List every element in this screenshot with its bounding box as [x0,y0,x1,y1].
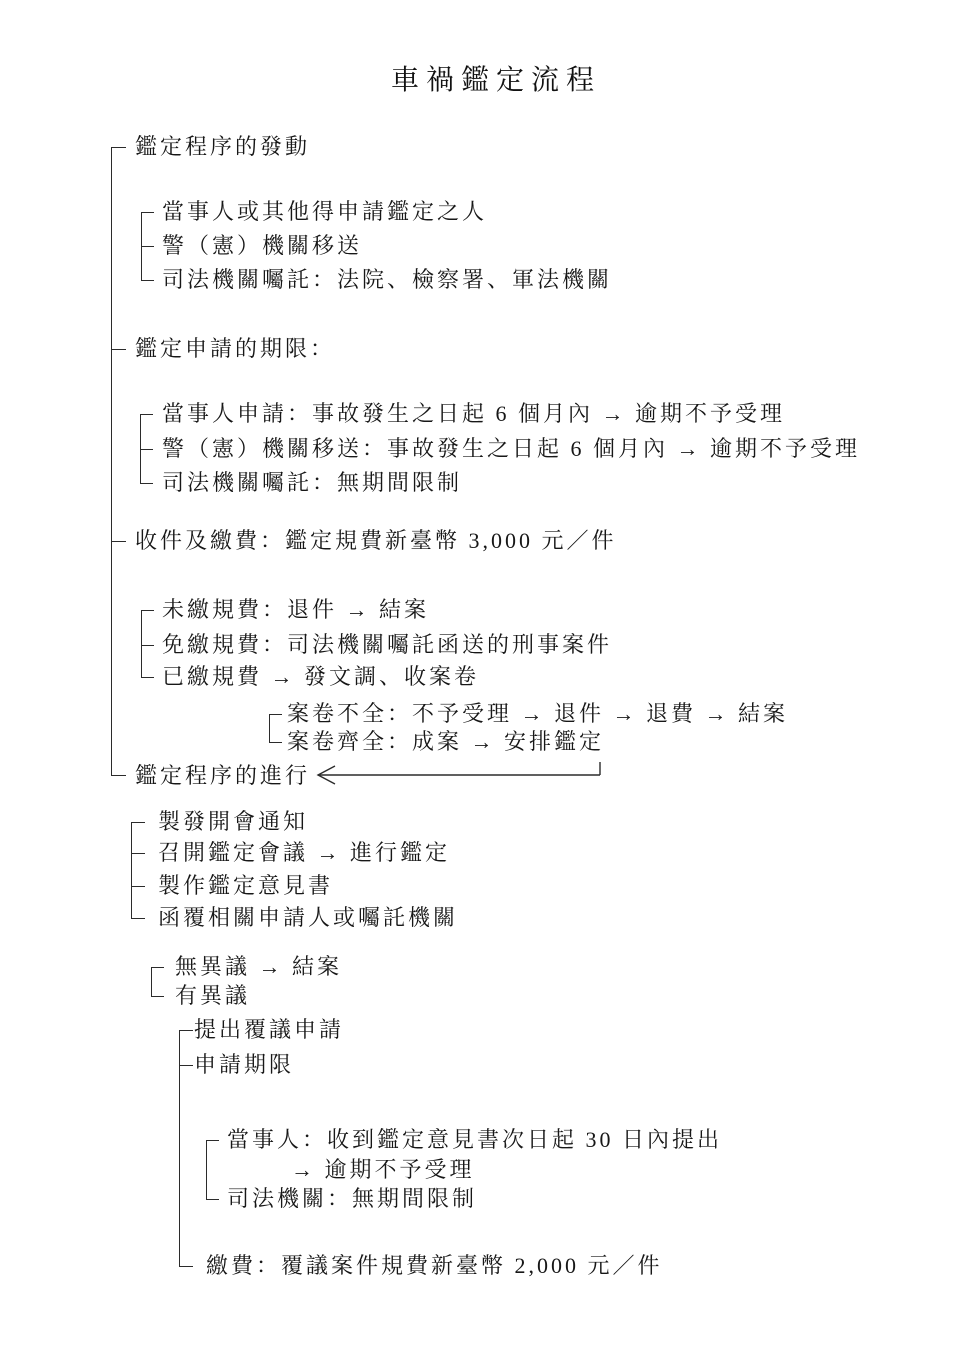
document-page: 車禍鑑定流程 鑑定程序的發動 鑑定申請的期限： 收件及繳費 [0,0,970,1360]
connector-arm [141,645,154,646]
node-intake-fee: 收件及繳費：鑑定規費新臺幣 3,000 元／件 [135,528,617,554]
node-meeting-notice: 製發開會通知 [158,809,308,835]
connector-branch-rereview-deadline [206,1140,207,1199]
node-proceeding: 鑑定程序的進行 [135,763,310,789]
node-rereview-fee: 繳費：覆議案件規費新臺幣 2,000 元／件 [206,1253,663,1279]
connector-arm [131,822,145,823]
connector-trunk-main [111,147,112,775]
node-police-transfer: 警（憲）機關移送 [162,233,362,259]
connector-arm [269,742,282,743]
connector-arm [179,1030,193,1031]
connector-arm [141,677,154,678]
node-rereview-judicial: 司法機關：無期間限制 [227,1186,477,1212]
connector-arm [131,918,145,919]
node-dossier-incomplete: 案卷不全：不予受理 → 退件 → 退費 → 結案 [287,701,788,727]
connector-arm [141,280,154,281]
node-objection: 有異議 [175,983,250,1009]
node-party-applicant: 當事人或其他得申請鑑定之人 [162,199,487,225]
connector-arm [131,853,145,854]
node-fee-unpaid: 未繳規費：退件 → 結案 [162,597,429,623]
node-application-deadline: 鑑定申請的期限： [135,336,335,362]
connector-arm [179,1065,193,1066]
node-initiation: 鑑定程序的發動 [135,134,310,160]
node-fee-exempt: 免繳規費：司法機關囑託函送的刑事案件 [162,632,612,658]
connector-arm [151,996,164,997]
node-write-opinion: 製作鑑定意見書 [158,873,333,899]
page-title: 車禍鑑定流程 [391,58,601,98]
node-rereview-deadline: 申請期限 [194,1052,294,1078]
connector-branch-objection [151,967,152,996]
node-hold-meeting: 召開鑑定會議 → 進行鑑定 [158,840,450,866]
connector-arm [269,714,282,715]
connector-arm [140,483,153,484]
connector-arm [140,414,153,415]
connector-arm [141,610,154,611]
connector-arm [111,775,126,776]
node-police-deadline: 警（憲）機關移送：事故發生之日起 6 個月內 → 逾期不予受理 [162,436,860,462]
connector-branch-fee [141,610,142,677]
connector-arm [140,449,153,450]
connector-arm [111,349,126,350]
node-fee-paid: 已繳規費 → 發文調、收案卷 [162,664,479,690]
connector-arm [179,1266,193,1267]
node-no-objection: 無異議 → 結案 [175,954,342,980]
connector-arm [206,1140,219,1141]
node-dossier-complete: 案卷齊全：成案 → 安排鑑定 [287,729,604,755]
node-reply-letter: 函覆相關申請人或囑託機關 [158,905,458,931]
node-judicial-commission: 司法機關囑託：法院、檢察署、軍法機關 [162,267,612,293]
connector-branch-dossier [269,714,270,742]
node-rereview-party: 當事人：收到鑑定意見書次日起 30 日內提出 [227,1127,722,1153]
connector-arm [141,246,154,247]
connector-arm [206,1199,219,1200]
node-party-deadline: 當事人申請：事故發生之日起 6 個月內 → 逾期不予受理 [162,401,785,427]
node-rereview-overdue: → 逾期不予受理 [291,1157,475,1183]
connector-arm [151,967,164,968]
return-arrow-icon [305,761,605,787]
connector-arm [141,212,154,213]
connector-branch-proceeding [131,822,132,918]
connector-arm [111,147,126,148]
connector-arm [111,541,126,542]
connector-arm [131,886,145,887]
node-judicial-deadline: 司法機關囑託：無期間限制 [162,470,462,496]
node-rereview-apply: 提出覆議申請 [194,1017,344,1043]
